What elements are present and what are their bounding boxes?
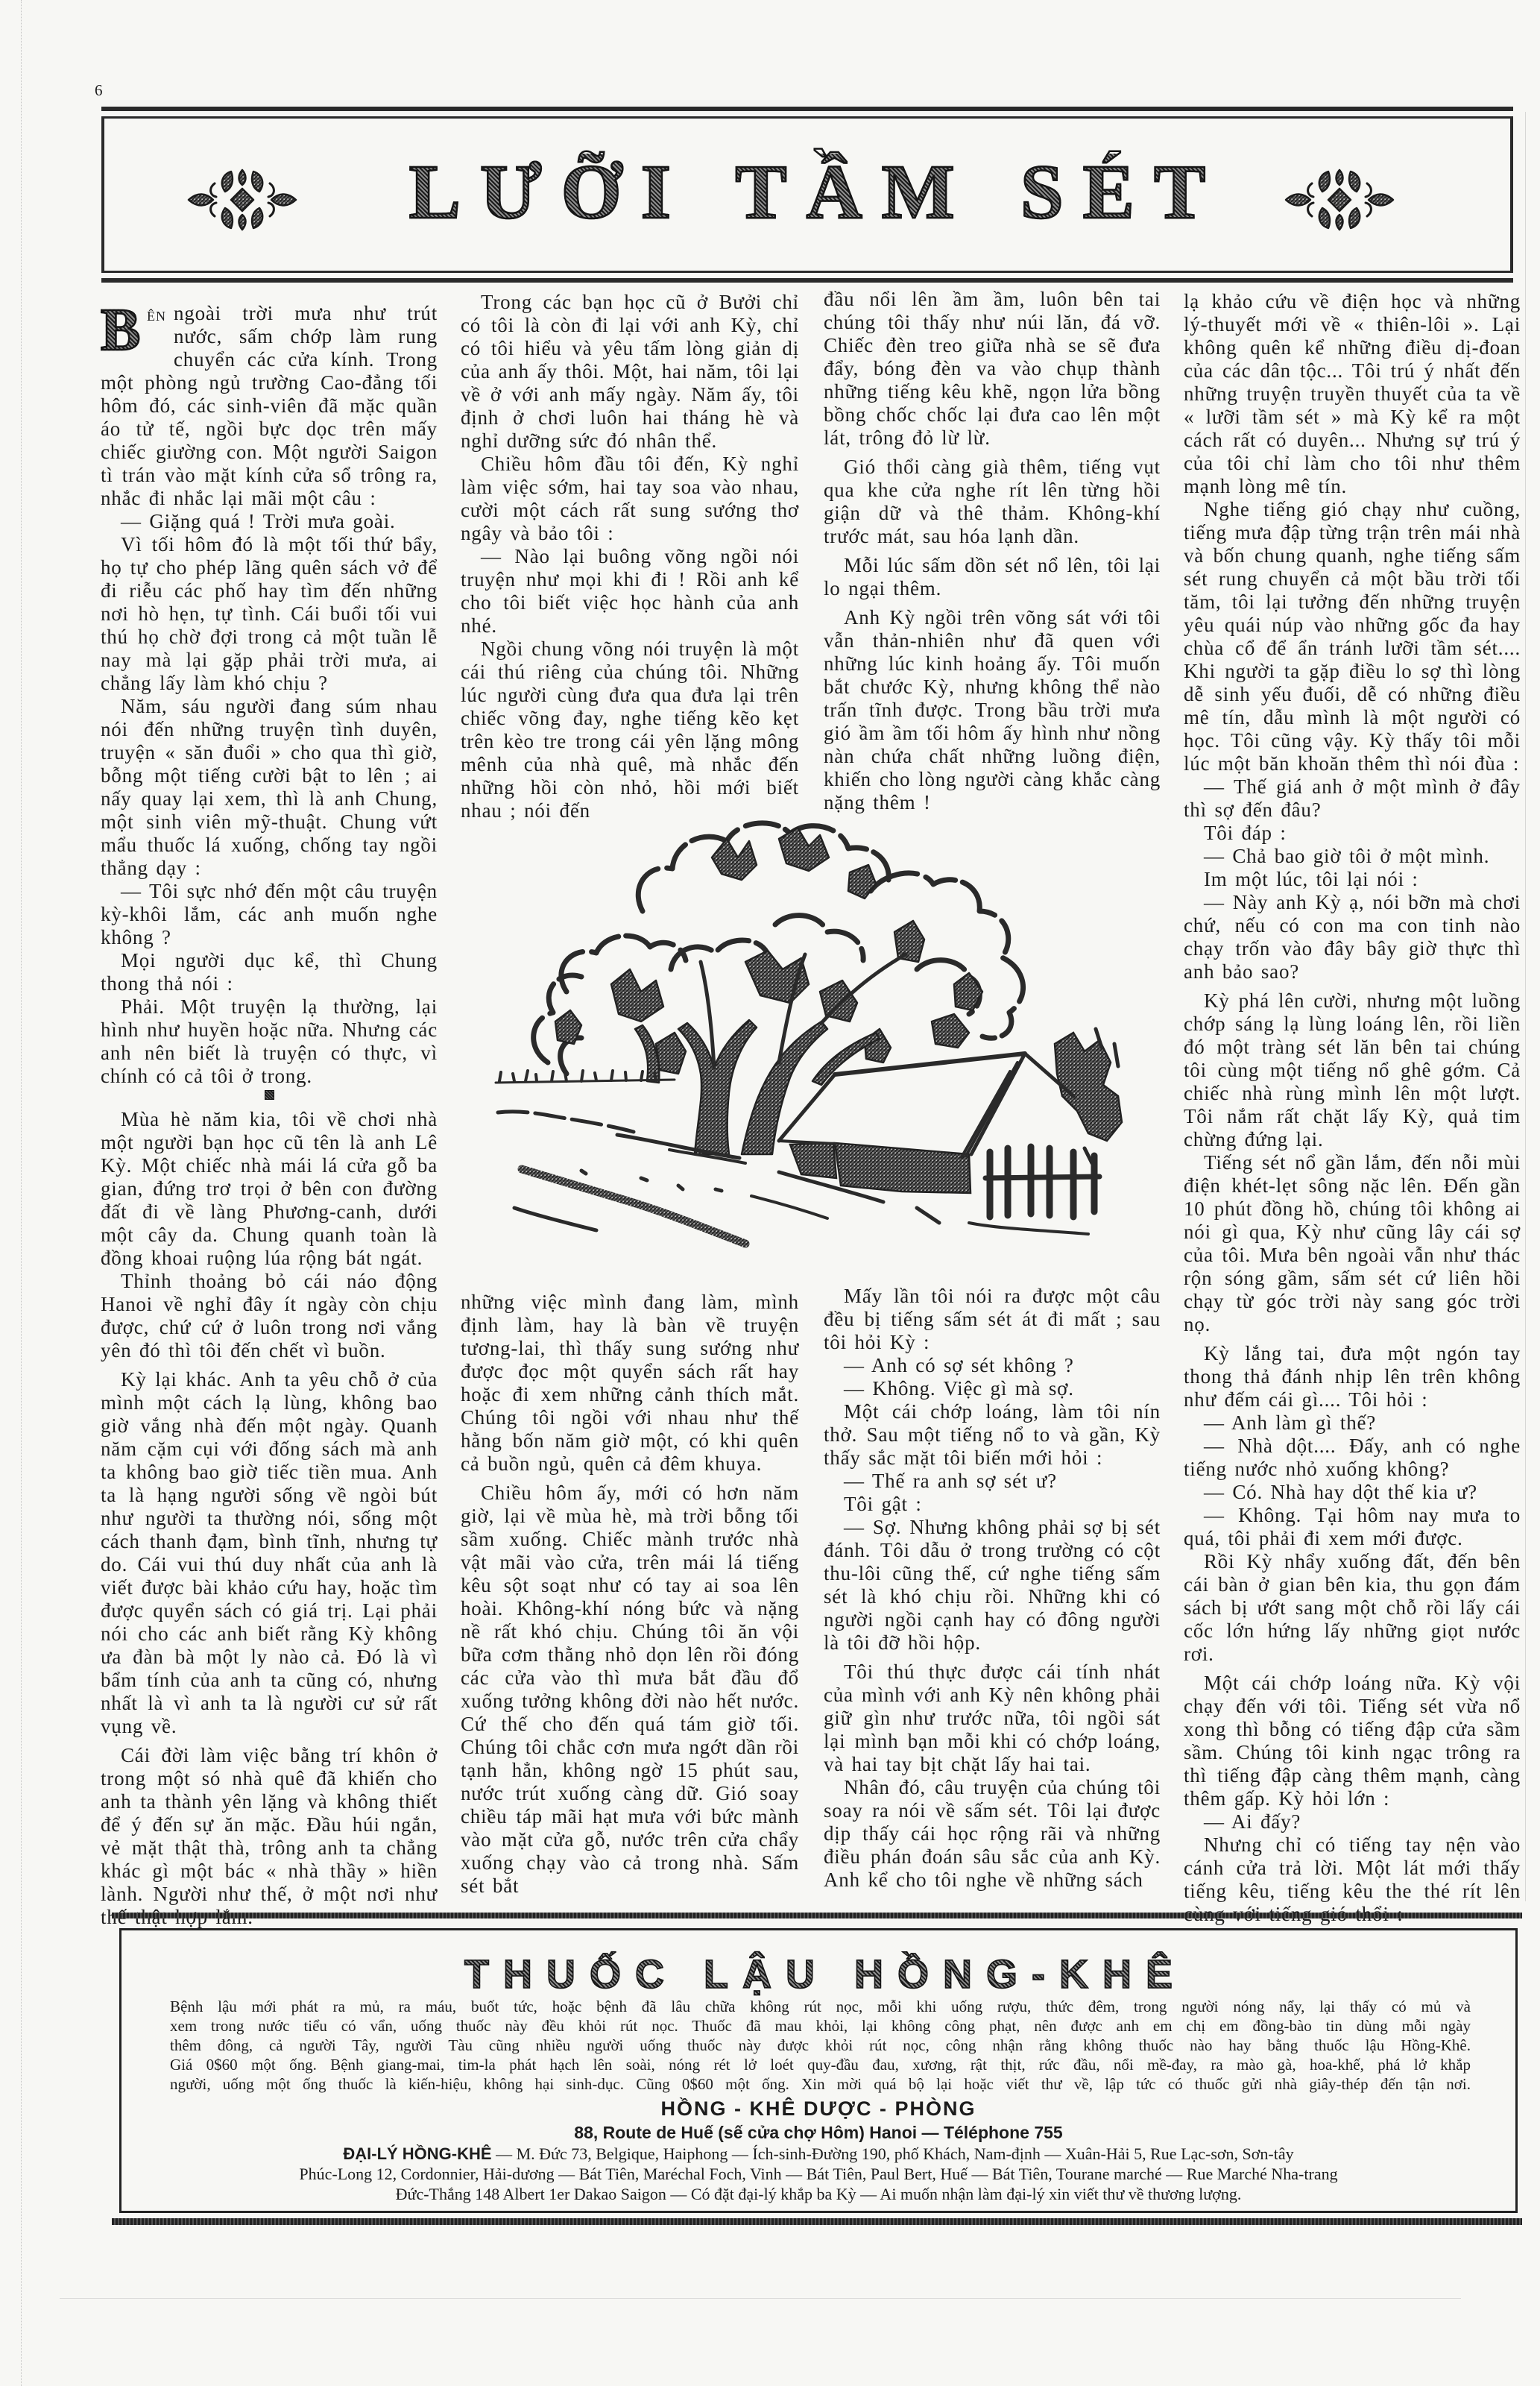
paragraph: Kỳ lắng tai, đưa một ngón tay thong thả … [1184, 1342, 1521, 1411]
article-column-3-top: đầu nổi lên ầm ầm, luôn bên tai chúng tô… [824, 288, 1161, 814]
paragraph: đầu nổi lên ầm ầm, luôn bên tai chúng tô… [824, 288, 1161, 450]
paragraph: Kỳ phá lên cười, nhưng một luồng chớp sá… [1184, 989, 1521, 1151]
ad-agents-text: — M. Đức 73, Belgique, Haiphong — Ích-si… [492, 2144, 1294, 2163]
paragraph: Mỗi lúc sấm dồn sét nổ lên, tôi lại lo n… [824, 554, 1161, 600]
paragraph: Trong các bạn học cũ ở Bưởi chỉ có tôi l… [461, 291, 799, 453]
drop-cap: B ÊN [101, 302, 174, 368]
ad-body-line: thêm đông, cả người Tây, người Tàu cũng … [170, 2036, 1471, 2055]
scan-margin-line [21, 0, 22, 2386]
scan-edge-line [1525, 112, 1526, 1901]
dialogue-line: — Ai đấy? [1184, 1810, 1521, 1833]
paragraph: Phải. Một truyện lạ thường, lại hình như… [101, 995, 438, 1088]
dialogue-line: — Giặng quá ! Trời mưa goài. [101, 510, 438, 533]
square-ornament-icon [265, 1090, 274, 1100]
paragraph: Tôi thú thực được cái tính nhát của mình… [824, 1661, 1161, 1776]
article-column-4: lạ khảo cứu về điện học và những lý-thuy… [1184, 290, 1521, 1926]
dialogue-line: — Không. Tại hôm nay mưa to quá, tôi phả… [1184, 1504, 1521, 1550]
floral-ornament-icon [1284, 169, 1395, 231]
ad-body-line: xem trong nước tiểu có vẩn, uống thuốc n… [170, 2016, 1471, 2036]
paragraph: Mọi người dục kể, thì Chung thong thả nó… [101, 949, 438, 995]
dialogue-line: — Chả bao giờ tôi ở một mình. [1184, 845, 1521, 868]
ad-top-rule [112, 1913, 1522, 1918]
dialogue-line: — Này anh Kỳ ạ, nói bỡn mà chơi chứ, nếu… [1184, 891, 1521, 983]
section-break [101, 1088, 438, 1108]
ad-body-line: Bệnh lậu mới phát ra mủ, ra máu, buốt tứ… [170, 1997, 1471, 2016]
ad-body-text: Bệnh lậu mới phát ra mủ, ra máu, buốt tứ… [170, 1997, 1471, 2094]
drop-cap-letter: B [101, 300, 141, 360]
article-column-1: B ÊN ngoài trời mưa như trút nước, sấm c… [101, 302, 438, 1929]
ad-agents-line: ĐẠI-LÝ HỒNG-KHÊ — M. Đức 73, Belgique, H… [119, 2144, 1518, 2164]
dialogue-line: — Không. Việc gì mà sợ. [824, 1377, 1161, 1400]
dialogue-line: — Thế giá anh ở một mình ở đây thì sợ đế… [1184, 775, 1521, 822]
paragraph: Nhân đó, câu truyện của chúng tôi soay r… [824, 1776, 1161, 1892]
paragraph: Thỉnh thoảng bỏ cái náo động Hanoi về ng… [101, 1270, 438, 1362]
ad-body-line: Giá 0$60 một ống. Bệnh giang-mai, tim-la… [170, 2055, 1471, 2074]
article-column-3-bottom: Mấy lần tôi nói ra được một câu đều bị t… [824, 1285, 1161, 1902]
article-column-2-top: Trong các bạn học cũ ở Bưởi chỉ có tôi l… [461, 291, 799, 822]
paragraph: Tôi đáp : [1184, 822, 1521, 845]
paragraph: Ngồi chung võng nói truyện là một cái th… [461, 638, 799, 822]
dialogue-line: — Tôi sực nhớ đến một câu truyện kỳ-khôi… [101, 880, 438, 949]
ad-pharmacy-name: HỒNG - KHÊ DƯỢC - PHÒNG [119, 2097, 1518, 2120]
scan-bottom-line [60, 2298, 1461, 2299]
house-and-trees-illustration [477, 805, 1163, 1268]
paragraph: Kỳ lại khác. Anh ta yêu chỗ ở của mình m… [101, 1368, 438, 1738]
dialogue-line: — Thế ra anh sợ sét ư? [824, 1470, 1161, 1493]
paragraph: Tiếng sét nổ gần lắm, đến nỗi mùi điện k… [1184, 1151, 1521, 1336]
ad-agents-label: ĐẠI-LÝ HỒNG-KHÊ [343, 2144, 491, 2163]
dialogue-line: — Sợ. Nhưng không phải sợ bị sét đánh. T… [824, 1516, 1161, 1655]
paragraph: lạ khảo cứu về điện học và những lý-thuy… [1184, 290, 1521, 498]
paragraph: Im một lúc, tôi lại nói : [1184, 868, 1521, 891]
paragraph: Tôi gật : [824, 1493, 1161, 1516]
paragraph: Chiều hôm ấy, mới có hơn năm giờ, lại về… [461, 1482, 799, 1898]
dialogue-line: — Anh có sợ sét không ? [824, 1354, 1161, 1377]
dialogue-line: — Anh làm gì thế? [1184, 1411, 1521, 1435]
ad-bottom-rule [112, 2218, 1522, 2225]
ad-body-line: người, uống một ống thuốc là kiến-hiệu, … [170, 2074, 1471, 2094]
newspaper-page: 6 LƯỠI TẦM SÉT [0, 0, 1540, 2386]
paragraph: Rồi Kỳ nhẩy xuống đất, đến bên cái bàn ở… [1184, 1550, 1521, 1666]
paragraph: Năm, sáu người đang súm nhau nói đến nhữ… [101, 695, 438, 880]
paragraph: những việc mình đang làm, mình định làm,… [461, 1291, 799, 1476]
paragraph: Anh Kỳ ngồi trên võng sát với tôi vẫn th… [824, 606, 1161, 814]
paragraph: Một cái chớp loáng nữa. Kỳ vội chạy đến … [1184, 1672, 1521, 1810]
paragraph: Mùa hè năm kia, tôi về chơi nhà một ngườ… [101, 1108, 438, 1270]
ad-agents-list: ĐẠI-LÝ HỒNG-KHÊ — M. Đức 73, Belgique, H… [119, 2144, 1518, 2204]
paragraph: Nghe tiếng gió chạy như cuồng, tiếng mưa… [1184, 498, 1521, 775]
ad-address: 88, Route de Huế (sế cửa chợ Hôm) Hanoi … [119, 2122, 1518, 2143]
ad-headline: THUỐC LẬU HỒNG-KHÊ [119, 1952, 1518, 1997]
ad-agents-line: Phúc-Long 12, Cordonnier, Hải-dương — Bá… [119, 2164, 1518, 2184]
paragraph: Mấy lần tôi nói ra được một câu đều bị t… [824, 1285, 1161, 1354]
article-column-2-bottom: những việc mình đang làm, mình định làm,… [461, 1291, 799, 1902]
paragraph: Chiều hôm đầu tôi đến, Kỳ nghỉ làm việc … [461, 453, 799, 545]
paragraph: Cái đời làm việc bằng trí khôn ở trong m… [101, 1744, 438, 1929]
dialogue-line: — Nào lại buông võng ngồi nói truyện như… [461, 545, 799, 638]
dialogue-line: — Có. Nhà hay dột thế kia ư? [1184, 1481, 1521, 1504]
paragraph: Một cái chớp loáng, làm tôi nín thở. Sau… [824, 1400, 1161, 1470]
paragraph: Vì tối hôm đó là một tối thứ bẩy, họ tự … [101, 533, 438, 695]
dialogue-line: — Nhà dột.... Đấy, anh có nghe tiếng nướ… [1184, 1435, 1521, 1481]
paragraph: Gió thổi càng già thêm, tiếng vụt qua kh… [824, 456, 1161, 548]
ad-agents-line: Đức-Thắng 148 Albert 1er Dakao Saigon — … [119, 2184, 1518, 2204]
page-number: 6 [95, 82, 103, 98]
drop-cap-small-caps: ÊN [147, 309, 166, 323]
